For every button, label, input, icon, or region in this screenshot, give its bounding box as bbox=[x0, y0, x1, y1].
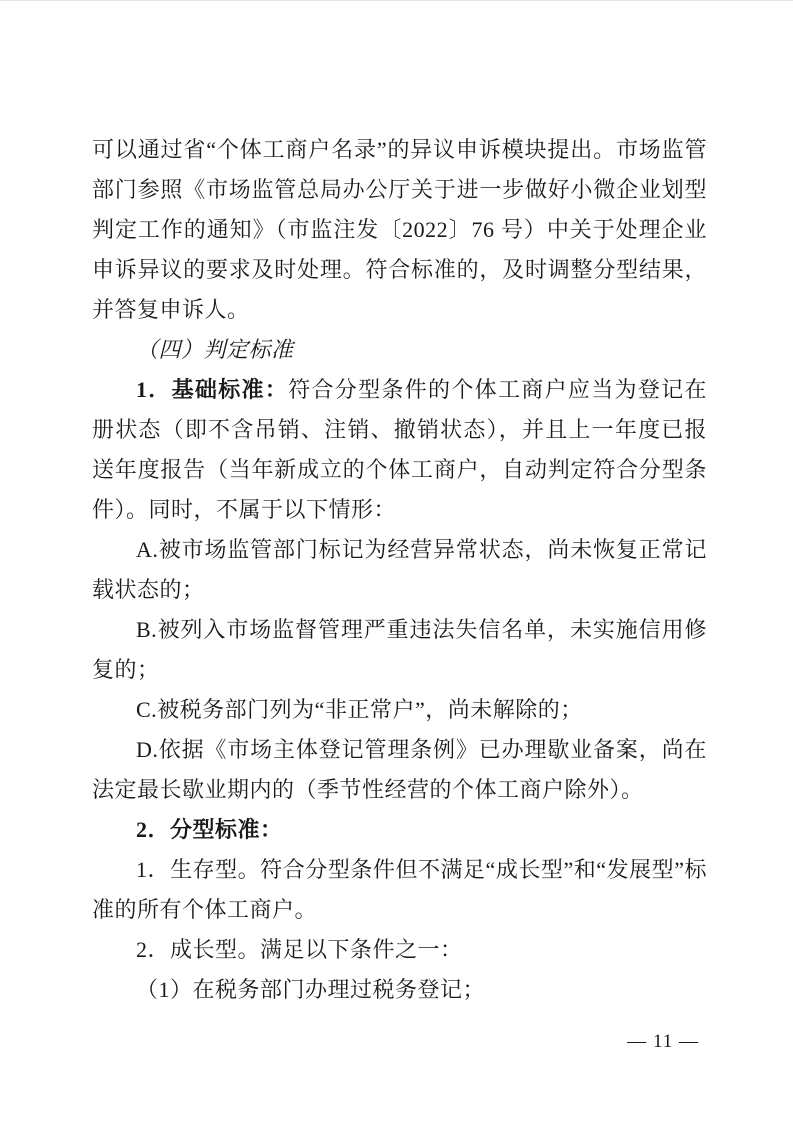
heading-section-4-judgment-criteria: （四）判定标准 bbox=[92, 330, 707, 370]
list-item-b: B.被列入市场监督管理严重违法失信名单，未实施信用修复的； bbox=[92, 610, 707, 690]
document-body: 可以通过省“个体工商户名录”的异议申诉模块提出。市场监管部门参照《市场监管总局办… bbox=[92, 130, 707, 1010]
paragraph-survival-type: 1．生存型。符合分型条件但不满足“成长型”和“发展型”标准的所有个体工商户。 bbox=[92, 850, 707, 930]
page-number: — 11 — bbox=[627, 1029, 699, 1055]
list-item-a: A.被市场监管部门标记为经营异常状态，尚未恢复正常记载状态的； bbox=[92, 530, 707, 610]
paragraph-growth-type: 2．成长型。满足以下条件之一： bbox=[92, 930, 707, 970]
paragraph-appeal-continuation: 可以通过省“个体工商户名录”的异议申诉模块提出。市场监管部门参照《市场监管总局办… bbox=[92, 130, 707, 330]
list-item-condition-1: （1）在税务部门办理过税务登记； bbox=[92, 970, 707, 1010]
paragraph-basic-standard: 1．基础标准：符合分型条件的个体工商户应当为登记在册状态（即不含吊销、注销、撤销… bbox=[92, 370, 707, 530]
basic-standard-label: 1．基础标准： bbox=[136, 377, 288, 402]
document-page: 可以通过省“个体工商户名录”的异议申诉模块提出。市场监管部门参照《市场监管总局办… bbox=[0, 0, 793, 1122]
list-item-d: D.依据《市场主体登记管理条例》已办理歇业备案，尚在法定最长歇业期内的（季节性经… bbox=[92, 730, 707, 810]
heading-typing-standard: 2．分型标准： bbox=[92, 810, 707, 850]
list-item-c: C.被税务部门列为“非正常户”，尚未解除的； bbox=[92, 690, 707, 730]
